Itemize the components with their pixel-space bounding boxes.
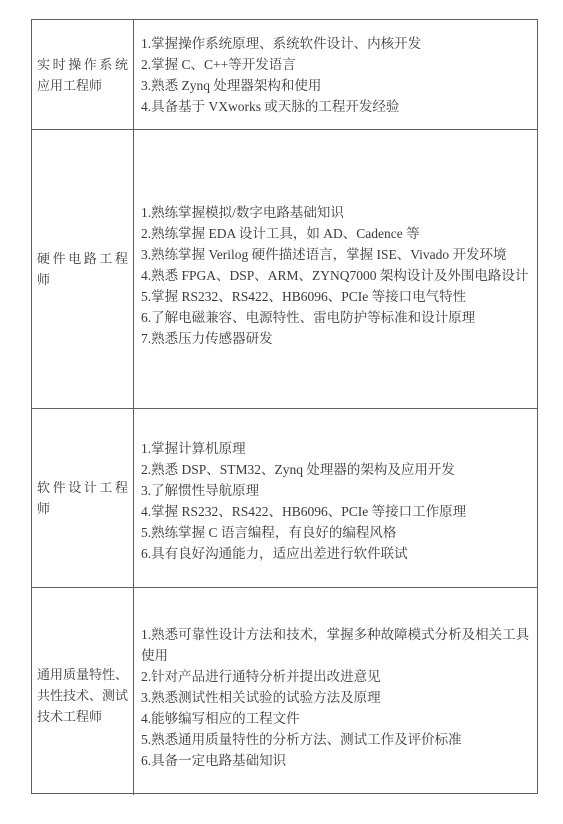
job-title-line: 软件设计工程 xyxy=(37,477,128,498)
requirement-item: 4.能够编写相应的工程文件 xyxy=(141,708,531,729)
requirement-item: 2.掌握 C、C++等开发语言 xyxy=(141,54,531,75)
job-title-line: 实时操作系统 xyxy=(37,54,128,75)
requirement-item: 1.掌握计算机原理 xyxy=(141,438,531,459)
requirement-item: 4.掌握 RS232、RS422、HB6096、PCIe 等接口工作原理 xyxy=(141,501,531,522)
job-requirements-cell: 1.掌握计算机原理 2.熟悉 DSP、STM32、Zynq 处理器的架构及应用开… xyxy=(134,409,537,587)
job-title-cell: 实时操作系统 应用工程师 xyxy=(32,20,134,129)
requirement-item: 4.熟悉 FPGA、DSP、ARM、ZYNQ7000 架构设计及外围电路设计 xyxy=(141,265,531,286)
requirement-item: 1.熟悉可靠性设计方法和技术，掌握多种故障模式分析及相关工具 使用 xyxy=(141,624,531,666)
requirement-item: 6.了解电磁兼容、电源特性、雷电防护等标准和设计原理 xyxy=(141,307,531,328)
job-requirements-cell: 1.熟悉可靠性设计方法和技术，掌握多种故障模式分析及相关工具 使用 2.针对产品… xyxy=(134,588,537,795)
job-title-line: 硬件电路工程 xyxy=(37,248,128,269)
requirement-item: 5.熟悉通用质量特性的分析方法、测试工作及评价标准 xyxy=(141,729,531,750)
requirement-item: 1.掌握操作系统原理、系统软件设计、内核开发 xyxy=(141,33,531,54)
requirement-item: 5.掌握 RS232、RS422、HB6096、PCIe 等接口电气特性 xyxy=(141,286,531,307)
job-requirements-cell: 1.掌握操作系统原理、系统软件设计、内核开发 2.掌握 C、C++等开发语言 3… xyxy=(134,20,537,129)
jobs-table: 实时操作系统 应用工程师 1.掌握操作系统原理、系统软件设计、内核开发 2.掌握… xyxy=(31,19,538,794)
job-title-cell: 通用质量特性、 共性技术、测试 技术工程师 xyxy=(32,588,134,795)
requirement-item: 4.具备基于 VXworks 或天脉的工程开发经验 xyxy=(141,96,531,117)
requirement-item: 2.熟练掌握 EDA 设计工具，如 AD、Cadence 等 xyxy=(141,223,531,244)
table-row: 硬件电路工程 师 1.熟练掌握模拟/数字电路基础知识 2.熟练掌握 EDA 设计… xyxy=(32,130,537,409)
job-title-cell: 硬件电路工程 师 xyxy=(32,130,134,408)
requirement-item: 5.熟练掌握 C 语言编程，有良好的编程风格 xyxy=(141,522,531,543)
table-row: 软件设计工程 师 1.掌握计算机原理 2.熟悉 DSP、STM32、Zynq 处… xyxy=(32,409,537,588)
requirement-item: 3.熟悉 Zynq 处理器架构和使用 xyxy=(141,75,531,96)
table-row: 实时操作系统 应用工程师 1.掌握操作系统原理、系统软件设计、内核开发 2.掌握… xyxy=(32,20,537,130)
job-title-line: 师 xyxy=(37,269,128,290)
job-title-line: 共性技术、测试 xyxy=(37,685,128,706)
requirement-item: 2.针对产品进行通特分析并提出改进意见 xyxy=(141,666,531,687)
job-title-cell: 软件设计工程 师 xyxy=(32,409,134,587)
requirement-item: 2.熟悉 DSP、STM32、Zynq 处理器的架构及应用开发 xyxy=(141,459,531,480)
document-page: 实时操作系统 应用工程师 1.掌握操作系统原理、系统软件设计、内核开发 2.掌握… xyxy=(0,0,563,824)
job-title-line: 通用质量特性、 xyxy=(37,664,128,685)
requirement-item: 7.熟悉压力传感器研发 xyxy=(141,328,531,349)
job-requirements-cell: 1.熟练掌握模拟/数字电路基础知识 2.熟练掌握 EDA 设计工具，如 AD、C… xyxy=(134,130,537,408)
job-title-line: 师 xyxy=(37,498,128,519)
requirement-item: 1.熟练掌握模拟/数字电路基础知识 xyxy=(141,202,531,223)
table-row: 通用质量特性、 共性技术、测试 技术工程师 1.熟悉可靠性设计方法和技术，掌握多… xyxy=(32,588,537,795)
requirement-item: 6.具备一定电路基础知识 xyxy=(141,750,531,771)
requirement-item: 3.熟练掌握 Verilog 硬件描述语言，掌握 ISE、Vivado 开发环境 xyxy=(141,244,531,265)
requirement-item: 6.具有良好沟通能力，适应出差进行软件联试 xyxy=(141,543,531,564)
requirement-item: 3.熟悉测试性相关试验的试验方法及原理 xyxy=(141,687,531,708)
job-title-line: 技术工程师 xyxy=(37,706,128,727)
job-title-line: 应用工程师 xyxy=(37,75,128,96)
requirement-item: 3.了解惯性导航原理 xyxy=(141,480,531,501)
